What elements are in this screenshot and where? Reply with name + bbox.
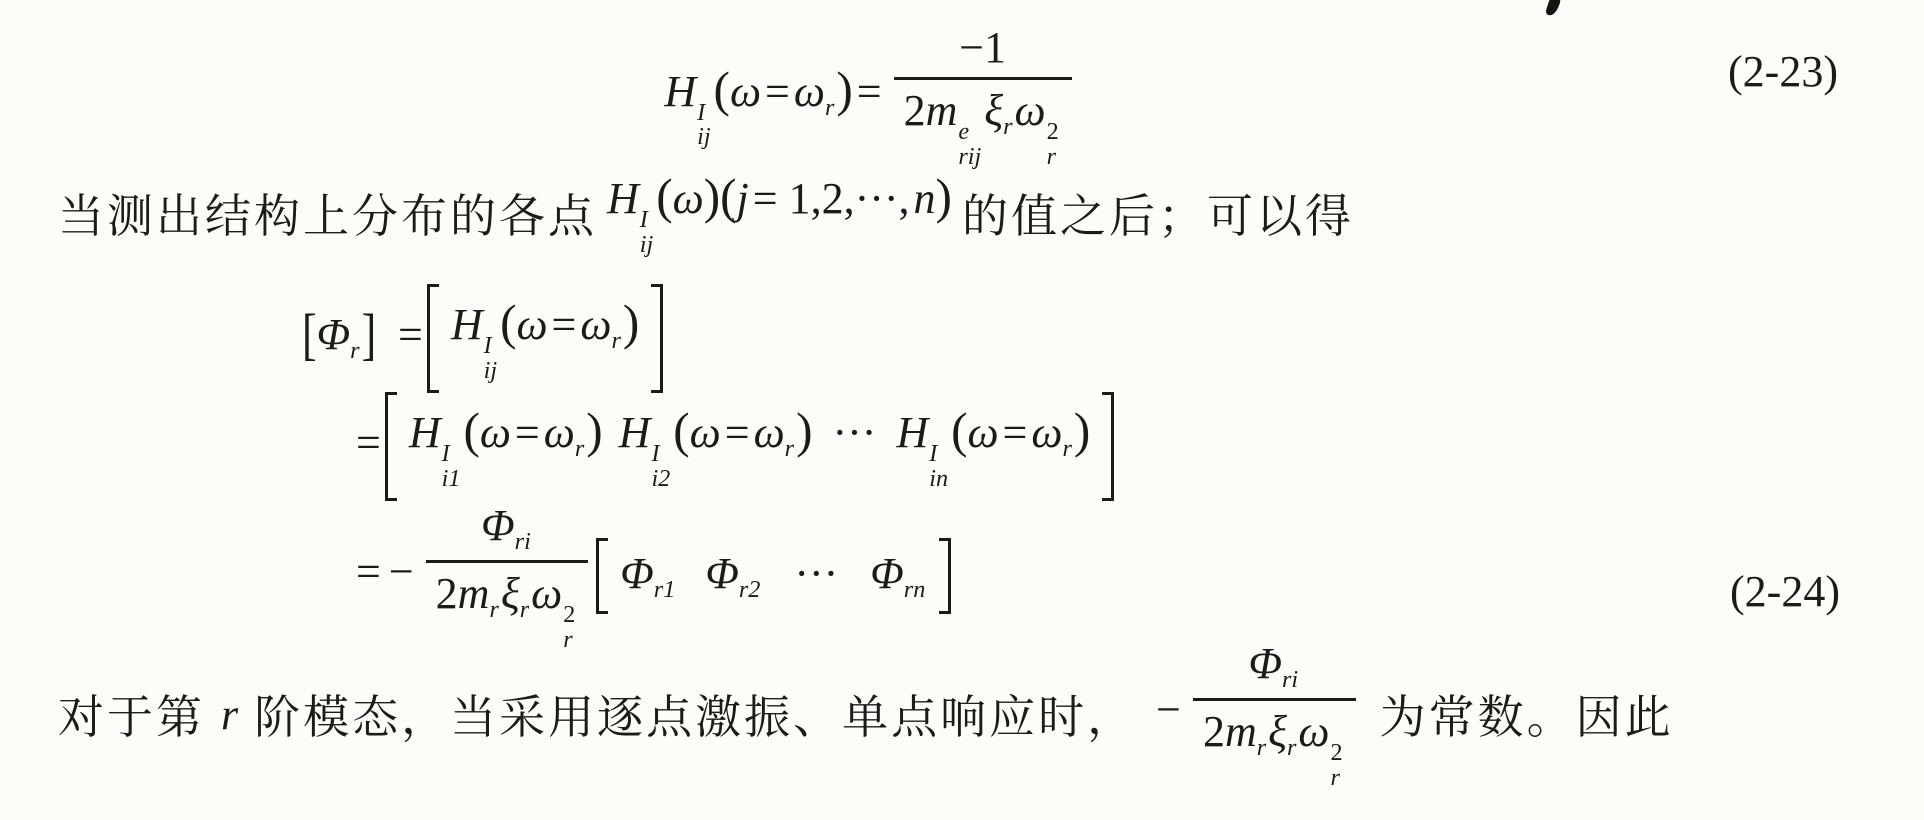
n-symbol: n	[914, 174, 936, 223]
r-symbol: r	[221, 689, 238, 740]
subscript-r: r	[1257, 734, 1266, 761]
omega-symbol: ω	[1015, 86, 1046, 135]
omega-symbol: ω	[1298, 707, 1329, 756]
numerator-neg-one: −1	[945, 22, 1020, 77]
equation-2-23: HIij(ω=ωr)=−12merijξrω2r	[664, 22, 1079, 169]
open-paren: (	[673, 403, 689, 458]
close-paren: )	[836, 62, 852, 117]
omega-symbol: ω	[516, 300, 547, 349]
subscript-r: r	[489, 596, 498, 623]
close-paren: )	[796, 403, 812, 458]
subscript-r: r	[575, 435, 584, 462]
superscript-I: I	[929, 442, 937, 467]
right-bracket	[939, 538, 951, 614]
equals-sign: =	[352, 547, 385, 596]
phi-r-vector: [Φr]	[302, 309, 394, 365]
superscript-I: I	[651, 442, 659, 467]
fraction: Φri2mrξrω2r	[426, 500, 589, 653]
subscript-rij: rij	[958, 145, 981, 170]
subscript-r: r	[1062, 435, 1071, 462]
fraction: Φri2mrξrω2r	[1193, 638, 1356, 791]
subscript-r: r	[1287, 734, 1296, 761]
subscript-r: r	[825, 94, 834, 121]
close-paren: )	[936, 169, 952, 224]
right-bracket	[1102, 392, 1114, 501]
equals-sign: =	[721, 408, 754, 457]
equals-sign: =	[394, 310, 427, 359]
equals-sign: =	[352, 418, 385, 467]
equation-number-2-23: (2-23)	[1728, 46, 1838, 97]
phi-symbol: Φ	[481, 501, 515, 550]
open-bracket: [	[302, 301, 317, 367]
supsub-e-rij: erij	[958, 120, 981, 169]
scanned-document-page: HIij(ω=ωr)=−12merijξrω2r (2-23) 当测出结构上分布…	[0, 0, 1924, 820]
omega-symbol: ω	[754, 408, 785, 457]
subscript-ri: ri	[515, 528, 531, 555]
equals-sign: =	[761, 67, 794, 116]
fraction: −12merijξrω2r	[894, 22, 1072, 169]
omega-symbol: ω	[480, 408, 511, 457]
equals-sign: =	[999, 408, 1032, 457]
superscript-I: I	[697, 101, 705, 126]
left-bracket	[385, 392, 397, 501]
subscript-ij: ij	[697, 125, 710, 150]
subscript-r: r	[1003, 113, 1012, 140]
coefficient-two: 2	[904, 86, 926, 135]
left-bracket	[427, 284, 439, 393]
supsub-I-in: Iin	[929, 442, 948, 491]
subscript-in: in	[929, 467, 948, 492]
paragraph-2: 对于第 r 阶模态，当采用逐点激振、单点响应时， −Φri2mrξrω2r 为常…	[58, 638, 1674, 791]
numerator-phi-ri: Φri	[1234, 638, 1314, 698]
subscript-i2: i2	[651, 467, 670, 492]
paragraph-2-prefix: 对于第	[58, 681, 205, 747]
m-symbol: m	[1225, 707, 1257, 756]
H-symbol: H	[451, 300, 483, 349]
close-paren: )	[1074, 403, 1090, 458]
subscript-r: r	[611, 327, 620, 354]
cdots-symbol: ···	[828, 408, 880, 457]
phi-symbol: Φ	[1248, 639, 1282, 688]
subscript-r1: r1	[654, 576, 676, 603]
equation-2-24-line-2: =HIi1(ω=ωr)HIi2(ω=ωr)···HIin(ω=ωr)	[352, 392, 1114, 501]
phi-symbol: Φ	[705, 549, 739, 598]
open-paren: (	[463, 403, 479, 458]
H-symbol: H	[409, 408, 441, 457]
subscript-r2: r2	[739, 576, 761, 603]
omega-symbol: ω	[690, 408, 721, 457]
m-symbol: m	[458, 569, 490, 618]
superscript-I: I	[442, 442, 450, 467]
xi-symbol: ξ	[501, 569, 520, 618]
equation-2-23-row: HIij(ω=ωr)=−12merijξrω2r	[0, 22, 1924, 169]
open-paren: (	[951, 403, 967, 458]
superscript-2: 2	[1331, 741, 1343, 766]
H-symbol: H	[664, 67, 696, 116]
omega-symbol: ω	[673, 174, 704, 223]
subscript-ij: ij	[484, 359, 497, 384]
denominator: 2merijξrω2r	[894, 80, 1072, 169]
subscript-r: r	[1331, 766, 1340, 791]
subscript-ri: ri	[1282, 666, 1298, 693]
phi-symbol: Φ	[620, 549, 654, 598]
numerator-phi-ri: Φri	[467, 500, 547, 560]
superscript-I: I	[484, 334, 492, 359]
open-paren: (	[656, 169, 672, 224]
minus-sign: −	[385, 547, 418, 596]
supsub-2-r: 2r	[1047, 120, 1059, 169]
stray-mark-top-right	[1545, 0, 1562, 17]
coefficient-two: 2	[436, 569, 458, 618]
denominator: 2mrξrω2r	[1193, 701, 1356, 790]
open-paren: (	[714, 62, 730, 117]
paragraph-2-mid: 阶模态，当采用逐点激振、单点响应时，	[254, 681, 1136, 747]
superscript-e: e	[958, 120, 969, 145]
close-paren: )	[704, 169, 720, 224]
j-symbol: j	[737, 174, 749, 223]
xi-symbol: ξ	[984, 86, 1003, 135]
supsub-2-r: 2r	[1331, 741, 1343, 790]
left-bracket	[596, 538, 608, 614]
equals-sign: =	[511, 408, 544, 457]
bracketed-term: HIij(ω=ωr)	[427, 284, 663, 393]
subscript-r: r	[1047, 145, 1056, 170]
cdots-symbol: ···	[790, 549, 842, 598]
close-paren: )	[623, 295, 639, 350]
subscript-i1: i1	[442, 467, 461, 492]
minus-sign: −	[1152, 685, 1185, 734]
subscript-r: r	[350, 337, 359, 364]
equals-sign: =	[853, 67, 886, 116]
paragraph-1: 当测出结构上分布的各点 HIij(ω)(j= 1,2,···,n) 的值之后；可…	[58, 168, 1354, 257]
omega-symbol: ω	[730, 67, 761, 116]
m-symbol: m	[926, 86, 958, 135]
row-vector-H: HIi1(ω=ωr)HIi2(ω=ωr)···HIin(ω=ωr)	[385, 392, 1114, 501]
paragraph-1-suffix: 的值之后；可以得	[962, 180, 1354, 246]
supsub-I-i2: Ii2	[651, 442, 670, 491]
index-sequence: = 1,2,···,	[749, 174, 914, 223]
phi-symbol: Φ	[317, 310, 351, 359]
equals-sign: =	[548, 300, 581, 349]
row-vector-phi: Φr1Φr2···Φrn	[596, 538, 951, 614]
supsub-I-ij: Iij	[484, 334, 497, 383]
superscript-2: 2	[563, 603, 575, 628]
H-symbol: H	[607, 174, 639, 223]
supsub-I-i1: Ii1	[442, 442, 461, 491]
H-symbol: H	[896, 408, 928, 457]
omega-symbol: ω	[531, 569, 562, 618]
xi-symbol: ξ	[1268, 707, 1287, 756]
paragraph-2-suffix: 为常数。因此	[1380, 681, 1674, 747]
inline-fraction-term: −Φri2mrξrω2r	[1152, 638, 1363, 791]
supsub-I-ij: Iij	[640, 208, 653, 257]
superscript-2: 2	[1047, 120, 1059, 145]
open-paren: (	[500, 295, 516, 350]
superscript-I: I	[640, 208, 648, 233]
paragraph-1-prefix: 当测出结构上分布的各点	[58, 180, 597, 246]
subscript-r: r	[785, 435, 794, 462]
close-bracket: ]	[362, 301, 377, 367]
inline-math-H-ij-omega: HIij(ω)(j= 1,2,···,n)	[607, 168, 952, 257]
equation-2-24-line-3: =−Φri2mrξrω2rΦr1Φr2···Φrn	[352, 500, 951, 653]
omega-symbol: ω	[794, 67, 825, 116]
open-paren: (	[720, 169, 736, 224]
subscript-rn: rn	[904, 576, 926, 603]
omega-symbol: ω	[544, 408, 575, 457]
equation-number-2-24: (2-24)	[1730, 566, 1840, 617]
close-paren: )	[586, 403, 602, 458]
H-symbol: H	[619, 408, 651, 457]
right-bracket	[651, 284, 663, 393]
phi-symbol: Φ	[870, 549, 904, 598]
subscript-ij: ij	[640, 233, 653, 258]
supsub-I-ij: Iij	[697, 101, 710, 150]
omega-symbol: ω	[967, 408, 998, 457]
subscript-r: r	[520, 596, 529, 623]
coefficient-two: 2	[1203, 707, 1225, 756]
omega-symbol: ω	[580, 300, 611, 349]
omega-symbol: ω	[1031, 408, 1062, 457]
equation-2-24-line-1: [Φr]=HIij(ω=ωr)	[302, 284, 663, 393]
